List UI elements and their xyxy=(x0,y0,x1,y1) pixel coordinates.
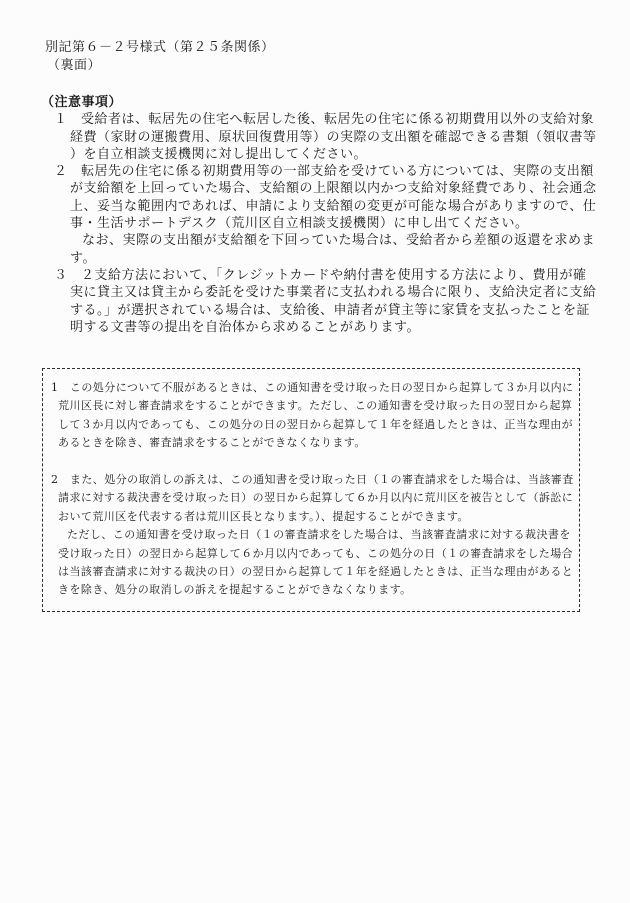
text-line: なお、実際の支出額が支給額を下回っていた場合は、受給者から差額の返還を求めま xyxy=(41,232,613,249)
text-line: は当該審査請求に対する裁決の日）の翌日から起算して１年を経過したときは、正当な理… xyxy=(43,563,579,581)
text-line: する。」が選択されている場合は、支給後、申請者が貸主等に家賃を支払ったことを証 xyxy=(41,302,613,319)
text-line: して３か月以内であっても、この処分の日の翌日から起算して１年を経過したときは、正… xyxy=(43,416,579,434)
side-label: （裏面） xyxy=(47,54,101,73)
notes-heading: （注意事項） xyxy=(41,94,613,111)
text-line: 事・生活サポートデスク（荒川区自立相談支援機関）に申し出てください。 xyxy=(41,215,613,232)
text-line: ３ ２支給方法において、「クレジットカードや納付書を使用する方法により、費用が確 xyxy=(41,267,613,284)
text-line: きを除き、処分の取消しの訴えを提起することができなくなります。 xyxy=(43,581,579,599)
document-page: 別記第６－２号様式（第２５条関係） （裏面） （注意事項） １ 受給者は、転居先… xyxy=(0,0,630,903)
text-line: 経費（家財の運搬費用、原状回復費用等）の実際の支出額を確認できる書類（領収書等 xyxy=(41,129,613,146)
text-line: 上、妥当な範囲内であれば、申請により支給額の変更が可能な場合がありますので、仕 xyxy=(41,198,613,215)
text-line: 2 また、処分の取消しの訴えは、この通知書を受け取った日（１の審査請求をした場合… xyxy=(43,471,579,489)
text-line: ただし、この通知書を受け取った日（１の審査請求をした場合は、当該審査請求に対する… xyxy=(43,526,579,544)
text-line: １ 受給者は、転居先の住宅へ転居した後、転居先の住宅に係る初期費用以外の支給対象 xyxy=(41,111,613,128)
notes-body: １ 受給者は、転居先の住宅へ転居した後、転居先の住宅に係る初期費用以外の支給対象… xyxy=(41,111,613,336)
text-line: 荒川区長に対し審査請求をすることができます。ただし、この通知書を受け取った日の翌… xyxy=(43,397,579,415)
text-line: 実に貸主又は貸主から委託を受けた事業者に支払われる場合に限り、支給決定者に支給 xyxy=(41,284,613,301)
text-line xyxy=(43,453,579,471)
form-number-label: 別記第６－２号様式（第２５条関係） xyxy=(45,36,275,55)
text-line: ２ 転居先の住宅に係る初期費用等の一部支給を受けている方については、実際の支出額 xyxy=(41,163,613,180)
text-line: が支給額を上回っていた場合、支給額の上限額以内かつ支給対象経費であり、社会通念 xyxy=(41,180,613,197)
appeal-box-body: 1 この処分について不服があるときは、この通知書を受け取った日の翌日から起算して… xyxy=(43,379,579,600)
text-line: 請求に対する裁決書を受け取った日）の翌日から起算して６か月以内に荒川区を被告とし… xyxy=(43,489,579,507)
text-line: 1 この処分について不服があるときは、この通知書を受け取った日の翌日から起算して… xyxy=(43,379,579,397)
text-line: す。 xyxy=(41,250,613,267)
text-line: ）を自立相談支援機関に対し提出してください。 xyxy=(41,146,613,163)
text-line: 受け取った日）の翌日から起算して６か月以内であっても、この処分の日（１の審査請求… xyxy=(43,545,579,563)
notes-section: （注意事項） １ 受給者は、転居先の住宅へ転居した後、転居先の住宅に係る初期費用… xyxy=(41,94,613,336)
text-line: あるときを除き、審査請求をすることができなくなります。 xyxy=(43,434,579,452)
text-line: おいて荒川区を代表する者は荒川区長となります。）、提起することができます。 xyxy=(43,508,579,526)
text-line: 明する文書等の提出を自治体から求めることがあります。 xyxy=(41,319,613,336)
appeal-rights-box: 1 この処分について不服があるときは、この通知書を受け取った日の翌日から起算して… xyxy=(42,368,580,612)
